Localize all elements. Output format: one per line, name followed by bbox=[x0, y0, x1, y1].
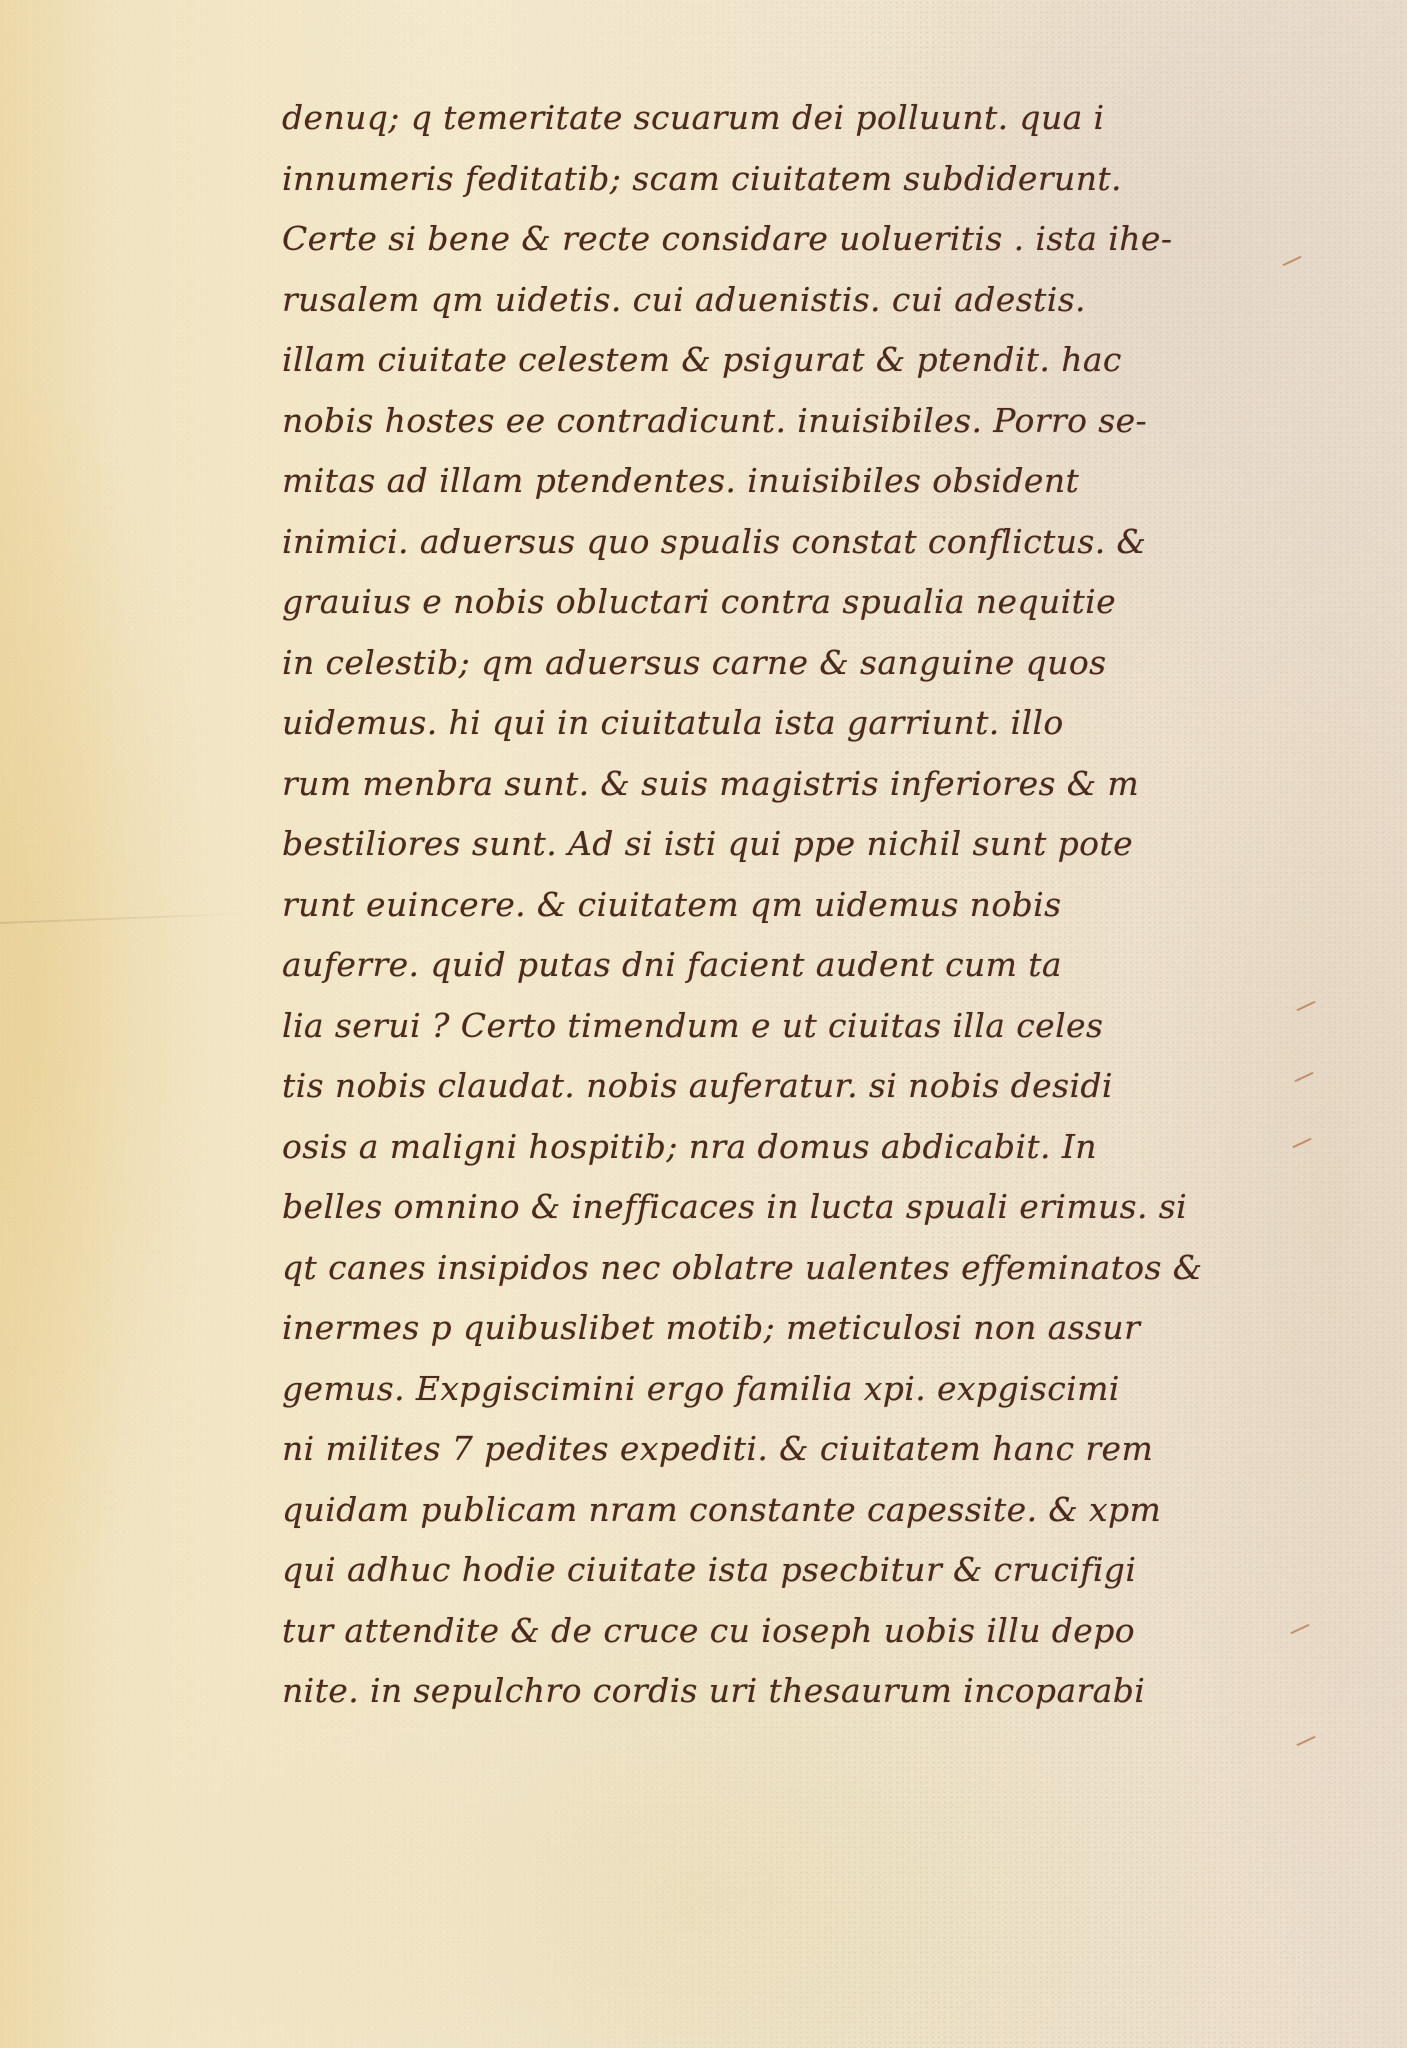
text-line: innumeris feditatib; scam ciuitatem subd… bbox=[282, 149, 1282, 210]
text-line: uidemus. hi qui in ciuitatula ista garri… bbox=[282, 693, 1282, 754]
text-line: osis a maligni hospitib; nra domus abdic… bbox=[282, 1117, 1282, 1178]
text-line: gemus. Expgiscimini ergo familia xpi. ex… bbox=[282, 1359, 1282, 1420]
text-line: runt euincere. & ciuitatem qm uidemus no… bbox=[282, 875, 1282, 936]
text-line: rum menbra sunt. & suis magistris inferi… bbox=[282, 754, 1282, 815]
text-line: bestiliores sunt. Ad si isti qui ppe nic… bbox=[282, 814, 1282, 875]
text-line: qt canes insipidos nec oblatre ualentes … bbox=[282, 1238, 1282, 1299]
text-line: inimici. aduersus quo spualis constat co… bbox=[282, 512, 1282, 573]
text-line: nite. in sepulchro cordis uri thesaurum … bbox=[282, 1661, 1282, 1722]
margin-stroke-mark bbox=[1293, 1138, 1312, 1148]
text-line: quidam publicam nram constante capessite… bbox=[282, 1480, 1282, 1541]
text-line: inermes p quibuslibet motib; meticulosi … bbox=[282, 1298, 1282, 1359]
text-line: denuq; q temeritate scuarum dei polluunt… bbox=[282, 88, 1282, 149]
margin-stroke-mark bbox=[1297, 1736, 1316, 1746]
text-line: lia serui ? Certo timendum e ut ciuitas … bbox=[282, 996, 1282, 1057]
text-line: auferre. quid putas dni facient audent c… bbox=[282, 935, 1282, 996]
text-line: Certe si bene & recte considare uoluerit… bbox=[282, 209, 1282, 270]
text-line: grauius e nobis obluctari contra spualia… bbox=[282, 572, 1282, 633]
text-line: qui adhuc hodie ciuitate ista psecbitur … bbox=[282, 1540, 1282, 1601]
text-line: illam ciuitate celestem & psigurat & pte… bbox=[282, 330, 1282, 391]
parchment-page: denuq; q temeritate scuarum dei polluunt… bbox=[0, 0, 1407, 2048]
margin-stroke-mark bbox=[1295, 1072, 1314, 1082]
text-line: ni milites 7 pedites expediti. & ciuitat… bbox=[282, 1419, 1282, 1480]
text-line: mitas ad illam ptendentes. inuisibiles o… bbox=[282, 451, 1282, 512]
text-column: denuq; q temeritate scuarum dei polluunt… bbox=[282, 88, 1282, 1722]
margin-stroke-mark bbox=[1283, 256, 1302, 266]
text-line: in celestib; qm aduersus carne & sanguin… bbox=[282, 633, 1282, 694]
parchment-crease bbox=[0, 913, 240, 924]
text-line: rusalem qm uidetis. cui aduenistis. cui … bbox=[282, 270, 1282, 331]
margin-stroke-mark bbox=[1291, 1624, 1310, 1634]
margin-stroke-mark bbox=[1297, 1001, 1316, 1011]
text-line: tur attendite & de cruce cu ioseph uobis… bbox=[282, 1601, 1282, 1662]
text-line: tis nobis claudat. nobis auferatur. si n… bbox=[282, 1056, 1282, 1117]
text-line: nobis hostes ee contradicunt. inuisibile… bbox=[282, 391, 1282, 452]
text-line: belles omnino & inefficaces in lucta spu… bbox=[282, 1177, 1282, 1238]
